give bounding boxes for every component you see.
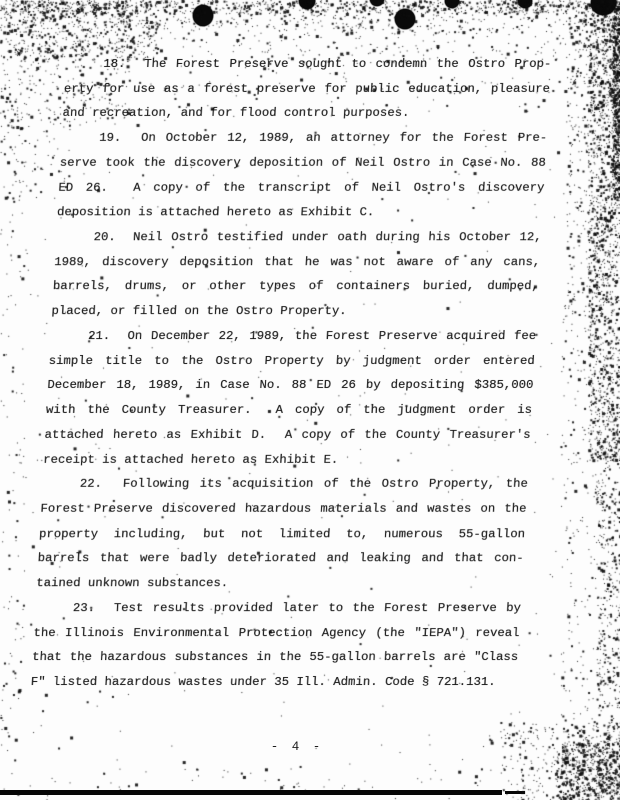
paragraph-23: 23. Test results provided later to the F… (30, 596, 522, 695)
document-line: tained unknown substances. (36, 571, 523, 596)
paragraph-19: 19. On October 12, 1989, an attorney for… (56, 126, 548, 225)
punch-hole (370, 0, 384, 6)
punch-hole (299, 0, 315, 9)
document-line: the Illinois Environmental Protection Ag… (33, 621, 520, 646)
document-line: receipt is attached hereto as Exhibit E. (43, 448, 530, 473)
document-line: 1989, discovery deposition that he was n… (54, 250, 541, 275)
punch-hole (193, 5, 213, 26)
document-line: 22. Following its acquisition of the Ost… (41, 472, 528, 497)
document-line: with the County Treasurer. A copy of the… (45, 398, 532, 423)
paragraph-18: 18. The Forest Preserve sought to condem… (62, 52, 552, 126)
document-line: property including, but not limited to, … (38, 522, 525, 547)
document-line: attached hereto as Exhibit D. A copy of … (44, 423, 531, 448)
paragraph-20: 20. Neil Ostro testified under oath duri… (51, 225, 543, 324)
paragraph-21: 21. On December 22, 1989, the Forest Pre… (43, 324, 537, 472)
scanned-document-page: 18. The Forest Preserve sought to condem… (0, 0, 620, 800)
document-line: serve took the discovery deposition of N… (59, 151, 546, 176)
document-line: 23. Test results provided later to the F… (34, 596, 521, 621)
document-line: deposition is attached hereto as Exhibit… (56, 200, 543, 225)
scan-edge-bar-segment (505, 791, 525, 794)
document-line: simple title to the Ostro Property by ju… (48, 349, 535, 374)
document-line: and recreation, and for flood control pu… (62, 101, 549, 126)
document-line: 21. On December 22, 1989, the Forest Pre… (49, 324, 536, 349)
punch-hole (395, 9, 415, 29)
punch-hole (518, 0, 532, 8)
document-line: F" listed hazardous wastes under 35 Ill.… (30, 670, 517, 695)
scan-edge-bar (0, 790, 502, 795)
punch-hole (591, 0, 616, 15)
document-text: 18. The Forest Preserve sought to condem… (30, 52, 552, 695)
page-number: - 4 - (262, 740, 332, 754)
document-line: that the hazardous substances in the 55-… (31, 645, 518, 670)
document-line: placed, or filled on the Ostro Property. (51, 299, 538, 324)
paragraph-22: 22. Following its acquisition of the Ost… (36, 472, 529, 596)
document-line: 19. On October 12, 1989, an attorney for… (60, 126, 547, 151)
document-line: 18. The Forest Preserve sought to condem… (65, 52, 552, 77)
document-line: December 18, 1989, in Case No. 88 ED 26 … (47, 373, 534, 398)
document-line: Forest Preserve discovered hazardous mat… (40, 497, 527, 522)
document-line: 20. Neil Ostro testified under oath duri… (55, 225, 542, 250)
punch-hole (445, 0, 459, 8)
document-line: barrels, drums, or other types of contai… (52, 274, 539, 299)
document-line: erty for use as a forest preserve for pu… (63, 77, 550, 102)
document-line: ED 26. A copy of the transcript of Neil … (58, 176, 545, 201)
document-line: barrels that were badly deteriorated and… (37, 546, 524, 571)
